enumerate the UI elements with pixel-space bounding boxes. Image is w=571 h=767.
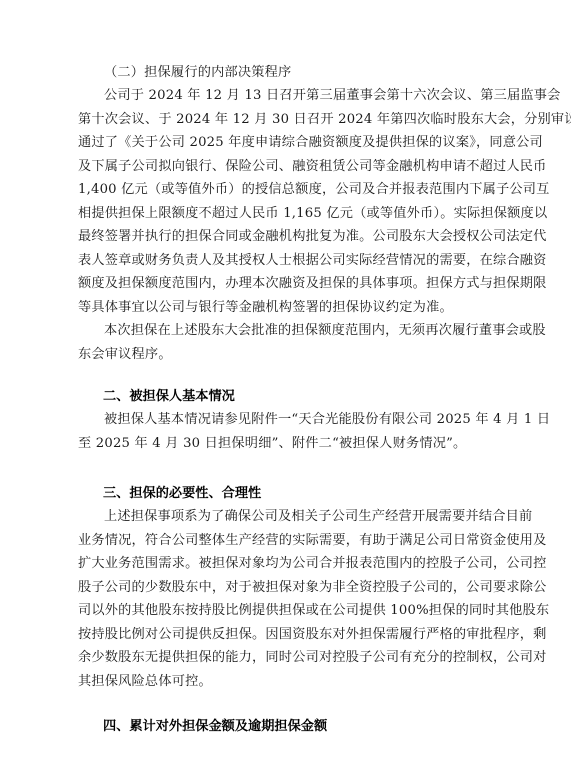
paragraph-line: 公司于 2024 年 12 月 13 日召开第三届董事会第十六次会议、第三届监事… <box>104 87 494 105</box>
section-heading: 二、被担保人基本情况 <box>103 388 235 406</box>
paragraph-line: 第十次会议、于 2024 年 12 月 30 日召开 2024 年第四次临时股东… <box>78 111 494 129</box>
paragraph-line: 其担保风险总体可控。 <box>78 673 494 691</box>
paragraph-line: 额度及担保额度范围内，办理本次融资及担保的具体事项。担保方式与担保期限 <box>78 275 494 293</box>
paragraph-line: 及下属子公司拟向银行、保险公司、融资租赁公司等金融机构申请不超过人民币 <box>78 158 494 176</box>
paragraph-line: 通过了《关于公司 2025 年度申请综合融资额度及提供担保的议案》，同意公司 <box>78 134 494 152</box>
paragraph-line: 余少数股东无提供担保的能力，同时公司对控股子公司有充分的控制权，公司对 <box>78 649 494 667</box>
paragraph-line: 业务情况，符合公司整体生产经营的实际需要，有助于满足公司日常资金使用及 <box>78 532 494 550</box>
paragraph-line: 按持股比例对公司提供反担保。因国资股东对外担保需履行严格的审批程序，剩 <box>78 626 494 644</box>
paragraph-line: 1,400 亿元（或等值外币）的授信总额度，公司及合并报表范围内下属子公司互 <box>78 181 494 199</box>
paragraph-line: 等具体事宜以公司与银行等金融机构签署的担保协议约定为准。 <box>78 299 494 317</box>
paragraph-line: 司以外的其他股东按持股比例提供担保或在公司提供 100%担保的同时其他股东 <box>78 602 494 620</box>
subsection-title: （二）担保履行的内部决策程序 <box>104 64 494 82</box>
paragraph-line: 相提供担保上限额度不超过人民币 1,165 亿元（或等值外币）。实际担保额度以 <box>78 205 494 223</box>
document-page: （二）担保履行的内部决策程序 公司于 2024 年 12 月 13 日召开第三届… <box>0 0 571 767</box>
paragraph-line: 至 2025 年 4 月 30 日担保明细”、附件二“被担保人财务情况”。 <box>78 435 494 453</box>
paragraph-line: 股子公司的少数股东中，对于被担保对象为非全资控股子公司的，公司要求除公 <box>78 579 494 597</box>
paragraph-line: 表人签章或财务负责人及其授权人士根据公司实际经营情况的需要，在综合融资 <box>78 252 494 270</box>
paragraph-line: 被担保人基本情况请参见附件一“天合光能股份有限公司 2025 年 4 月 1 日 <box>104 411 494 429</box>
paragraph-line: 东会审议程序。 <box>78 346 494 364</box>
section-heading: 三、担保的必要性、合理性 <box>103 485 261 503</box>
section-heading: 四、累计对外担保金额及逾期担保金额 <box>103 718 327 736</box>
paragraph-line: 上述担保事项系为了确保公司及相关子公司生产经营开展需要并结合目前 <box>104 508 494 526</box>
paragraph-line: 本次担保在上述股东大会批准的担保额度范围内，无须再次履行董事会或股 <box>104 322 494 340</box>
paragraph-line: 扩大业务范围需求。被担保对象均为公司合并报表范围内的控股子公司，公司控 <box>78 555 494 573</box>
paragraph-line: 最终签署并执行的担保合同或金融机构批复为准。公司股东大会授权公司法定代 <box>78 228 494 246</box>
